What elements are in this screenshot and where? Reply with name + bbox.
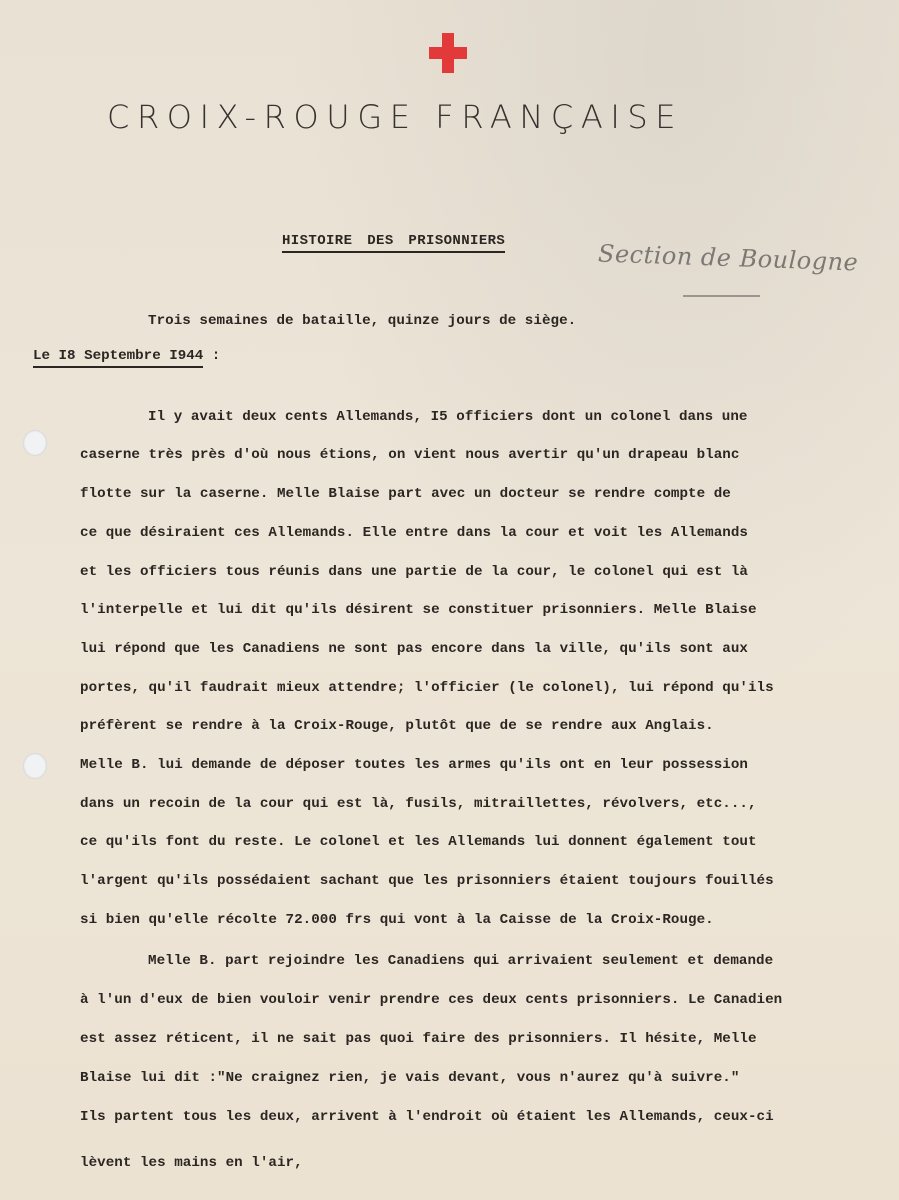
text-line: Melle B. part rejoindre les Canadiens qu… bbox=[148, 953, 773, 969]
text-line: et les officiers tous réunis dans une pa… bbox=[80, 564, 748, 580]
punch-hole bbox=[23, 430, 47, 456]
text-line: dans un recoin de la cour qui est là, fu… bbox=[80, 796, 757, 812]
date-heading-colon: : bbox=[203, 348, 220, 364]
text-line: Il y avait deux cents Allemands, I5 offi… bbox=[148, 409, 747, 425]
handwritten-underline bbox=[683, 295, 760, 297]
text-line: l'argent qu'ils possédaient sachant que … bbox=[80, 873, 774, 889]
text-line: l'interpelle et lui dit qu'ils désirent … bbox=[80, 602, 757, 618]
text-line: ce qu'ils font du reste. Le colonel et l… bbox=[80, 834, 757, 850]
text-line: Blaise lui dit :"Ne craignez rien, je va… bbox=[80, 1070, 739, 1086]
handwritten-note: Section de Boulogne bbox=[598, 239, 859, 276]
organization-name: CROIX-ROUGE FRANÇAISE bbox=[107, 98, 797, 136]
text-line: ce que désiraient ces Allemands. Elle en… bbox=[80, 525, 748, 541]
text-line: préfèrent se rendre à la Croix-Rouge, pl… bbox=[80, 718, 714, 734]
document-page: CROIX-ROUGE FRANÇAISE HISTOIRE DES PRISO… bbox=[0, 0, 899, 1200]
punch-hole bbox=[23, 753, 47, 779]
text-line: Melle B. lui demande de déposer toutes l… bbox=[80, 757, 748, 773]
text-line: à l'un d'eux de bien vouloir venir prend… bbox=[80, 992, 782, 1008]
text-line: flotte sur la caserne. Melle Blaise part… bbox=[80, 486, 731, 502]
text-line: si bien qu'elle récolte 72.000 frs qui v… bbox=[80, 912, 714, 928]
text-line: portes, qu'il faudrait mieux attendre; l… bbox=[80, 680, 774, 696]
red-cross-icon bbox=[429, 33, 467, 73]
text-line: lui répond que les Canadiens ne sont pas… bbox=[80, 641, 748, 657]
text-line: est assez réticent, il ne sait pas quoi … bbox=[80, 1031, 757, 1047]
document-title: HISTOIRE DES PRISONNIERS bbox=[282, 233, 505, 253]
date-heading: Le I8 Septembre I944 : bbox=[33, 348, 220, 364]
text-line: lèvent les mains en l'air, bbox=[80, 1155, 303, 1171]
intro-line: Trois semaines de bataille, quinze jours… bbox=[148, 313, 576, 329]
text-line: Ils partent tous les deux, arrivent à l'… bbox=[80, 1109, 774, 1125]
date-heading-text: Le I8 Septembre I944 bbox=[33, 348, 203, 368]
text-line: caserne très près d'où nous étions, on v… bbox=[80, 447, 739, 463]
